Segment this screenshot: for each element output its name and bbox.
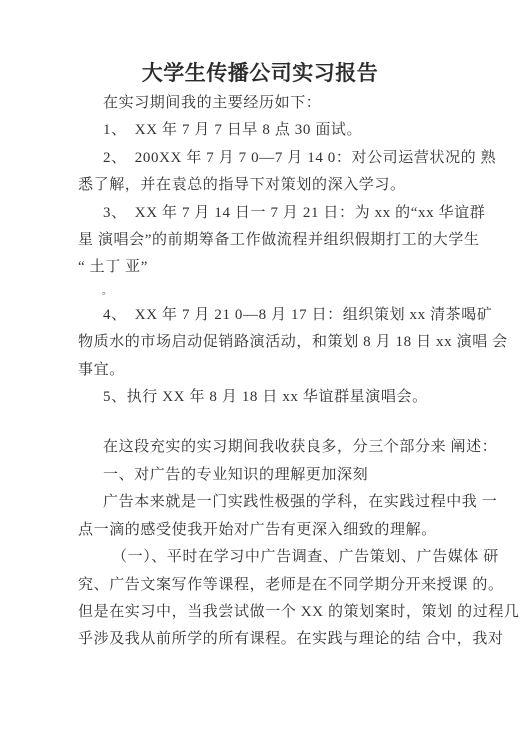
text-line: 2、 200XX 年 7 月 7 0—7 月 14 0：对公司运营状况的 熟: [78, 145, 464, 172]
text-line: 广告本来就是一门实践性极强的学科，在实践过程中我 一: [78, 489, 464, 516]
text-line: 4、 XX 年 7 月 21 0—8 月 17 日：组织策划 xx 清茶喝矿: [78, 302, 464, 329]
text-line: 5、执行 XX 年 8 月 18 日 xx 华谊群星演唱会。: [78, 384, 464, 411]
document-page: 大学生传播公司实习报告 在实习期间我的主要经历如下：1、 XX 年 7 月 7 …: [0, 0, 520, 735]
text-line: 在实习期间我的主要经历如下：: [78, 90, 464, 117]
text-line: [78, 411, 464, 434]
text-line: 一、对广告的专业知识的理解更加深刻: [78, 462, 464, 489]
text-line: 乎涉及我从前所学的所有课程。在实践与理论的结 合中，我对: [78, 626, 464, 653]
text-line: 物质水的市场启动促销路演活动，和策划 8 月 18 日 xx 演唱 会: [78, 329, 464, 356]
text-line: 。: [78, 282, 464, 302]
text-line: 3、 XX 年 7 月 14 日一 7 月 21 日：为 xx 的“xx 华谊群: [78, 200, 464, 227]
text-line: 但是在实习中，当我尝试做一个 XX 的策划案时，策划 的过程几: [78, 599, 464, 626]
text-line: 星 演唱会”的前期筹备工作做流程并组织假期打工的大学生: [78, 227, 464, 254]
document-body: 在实习期间我的主要经历如下：1、 XX 年 7 月 7 日早 8 点 30 面试…: [78, 90, 464, 654]
text-line: 究、广告文案写作等课程，老师是在不同学期分开来授课 的。: [78, 572, 464, 599]
text-line: 在这段充实的实习期间我收获良多，分三个部分来 阐述：: [78, 434, 464, 461]
document-title: 大学生传播公司实习报告: [0, 58, 520, 88]
text-line: 点一滴的感受使我开始对广告有更深入细致的理解。: [78, 517, 464, 544]
text-line: 事宜。: [78, 357, 464, 384]
text-line: 悉了解，并在袁总的指导下对策划的深入学习。: [78, 172, 464, 199]
text-line: “ 土丁 亚”: [78, 254, 464, 281]
text-line: （一）、平时在学习中广告调查、广告策划、广告媒体 研: [78, 544, 464, 571]
text-line: 1、 XX 年 7 月 7 日早 8 点 30 面试。: [78, 117, 464, 144]
